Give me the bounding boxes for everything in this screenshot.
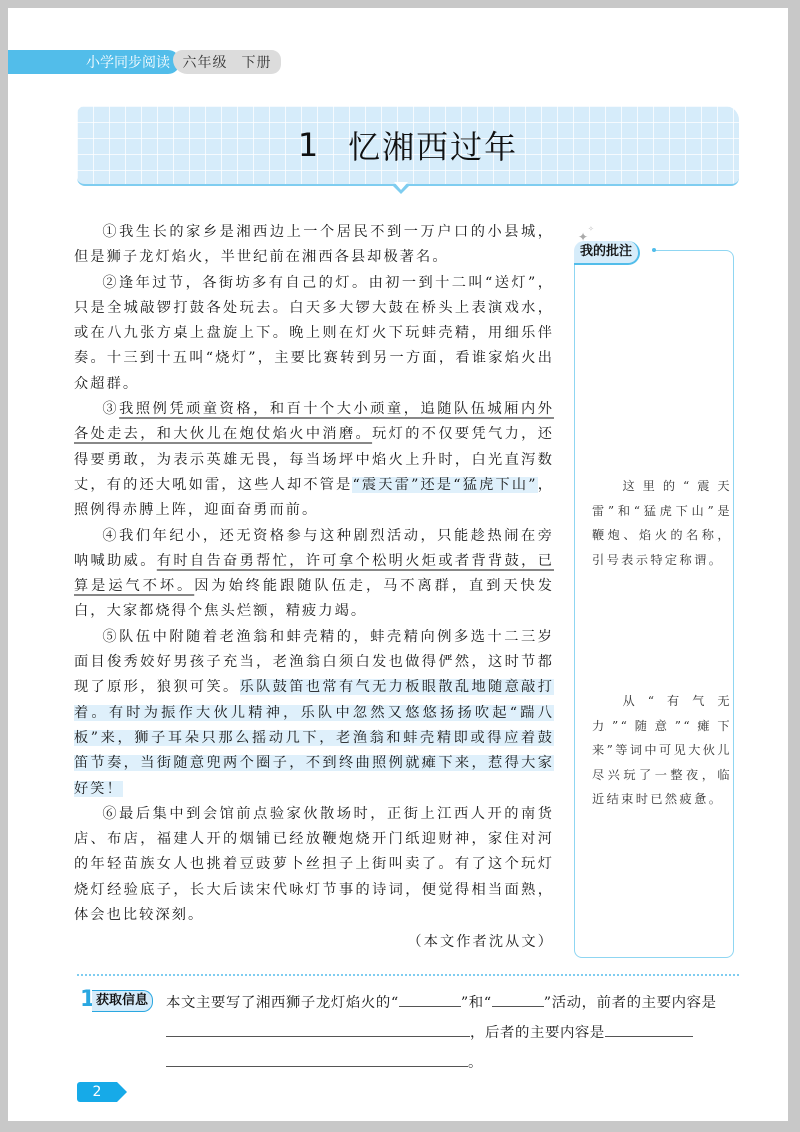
paragraph-3-number: ③ <box>102 401 119 417</box>
question-part: ，后者的主要内容是 <box>470 1025 605 1041</box>
dotted-divider <box>77 974 739 976</box>
paragraph-4: ④我们年纪小，还无资格参与这种剧烈活动，只能趁热闹在旁呐喊助威。有时自告奋勇帮忙… <box>74 524 554 625</box>
annotation-text: 从“有气无力”“随意”“瘫下来”等词中可见大伙儿尽兴玩了一整夜，临近结束时已然疲… <box>592 689 732 812</box>
annotation-text: 这里的“震天雷”和“猛虎下山”是鞭炮、焰火的名称，引号表示特定称谓。 <box>592 474 732 572</box>
pencil-tip-icon <box>117 1082 127 1102</box>
series-tab: 小学同步阅读 <box>8 50 180 74</box>
title-banner: 1 忆湘西过年 <box>77 106 739 186</box>
answer-blank-3[interactable] <box>166 1018 470 1037</box>
lesson-number: 1 <box>298 126 318 164</box>
paragraph-3: ③我照例凭顽童资格，和百十个大小顽童，追随队伍城厢内外各处走去，和大伙儿在炮仗焰… <box>74 397 554 523</box>
annotation-note-2: 从“有气无力”“随意”“瘫下来”等词中可见大伙儿尽兴玩了一整夜，临近结束时已然疲… <box>592 689 732 812</box>
highlighted-passage: 乐队鼓笛也常有气无力板眼散乱地随意敲打着。有时为振作大伙儿精神，乐队中忽然又悠悠… <box>74 679 554 796</box>
annotation-label: 我的批注 <box>574 241 640 265</box>
question-text: 本文主要写了湘西狮子龙灯焰火的“”和“”活动，前者的主要内容是，后者的主要内容是… <box>166 988 746 1078</box>
paragraph-6: ⑥最后集中到会馆前点验家伙散场时，正街上江西人开的南货店、布店，福建人开的烟铺已… <box>74 802 554 928</box>
question-part: ”活动，前者的主要内容是 <box>544 995 717 1011</box>
page-number: 2 <box>77 1082 117 1102</box>
question-part: ”和“ <box>461 995 492 1011</box>
workbook-page: 小学同步阅读 六年级 下册 1 忆湘西过年 ①我生长的家乡是湘西边上一个居民不到… <box>8 8 788 1121</box>
highlighted-phrase: “震天雷”还是“猛虎下山” <box>352 477 537 493</box>
question-part: 。 <box>468 1055 483 1071</box>
lesson-title: 忆湘西过年 <box>348 122 518 168</box>
series-title: 小学同步阅读 <box>86 52 170 72</box>
answer-blank-4[interactable] <box>605 1018 693 1037</box>
answer-blank-2[interactable] <box>492 988 544 1007</box>
grade-tab: 六年级 下册 <box>173 50 281 74</box>
paragraph-1: ①我生长的家乡是湘西边上一个居民不到一万户口的小县城，但是狮子龙灯焰火，半世纪前… <box>74 220 554 271</box>
sparkle-small-icon: ✧ <box>588 225 594 233</box>
answer-blank-5[interactable] <box>166 1048 468 1067</box>
annotation-box <box>574 250 734 958</box>
volume-label: 下册 <box>242 52 272 72</box>
annotation-dot-icon <box>652 248 656 252</box>
author-credit: （本文作者沈从文） <box>74 930 554 955</box>
paragraph-2: ②逢年过节，各街坊多有自己的灯。由初一到十二叫“送灯”，只是全城敲锣打鼓各处玩去… <box>74 271 554 397</box>
annotation-note-1: 这里的“震天雷”和“猛虎下山”是鞭炮、焰火的名称，引号表示特定称谓。 <box>592 474 732 572</box>
answer-blank-1[interactable] <box>399 988 461 1007</box>
article-body: ①我生长的家乡是湘西边上一个居民不到一万户口的小县城，但是狮子龙灯焰火，半世纪前… <box>74 220 554 956</box>
grade-label: 六年级 <box>183 52 228 72</box>
banner-pointer-icon <box>391 184 411 194</box>
question-part: 本文主要写了湘西狮子龙灯焰火的“ <box>166 995 399 1011</box>
question-tag: 获取信息 <box>92 990 153 1012</box>
paragraph-5: ⑤队伍中附随着老渔翁和蚌壳精的，蚌壳精向例多选十二三岁面目俊秀姣好男孩子充当，老… <box>74 625 554 802</box>
